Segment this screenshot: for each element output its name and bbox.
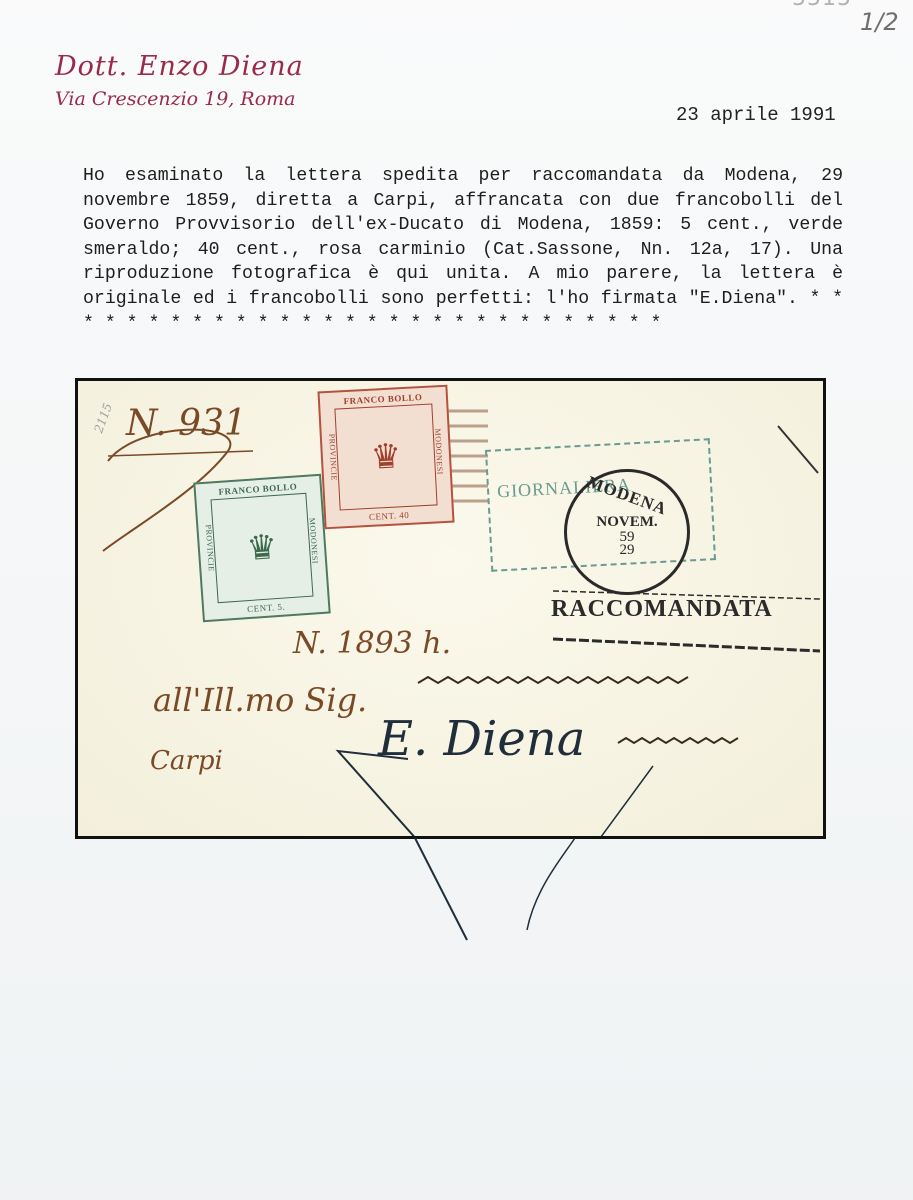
manuscript-number: N. 931 <box>126 403 247 444</box>
certificate-text: Ho esaminato la lettera spedita per racc… <box>83 164 843 336</box>
cover-photograph: 2115 N. 931 GIORNALIERA FRANCO BOLLO PRO… <box>75 378 826 839</box>
reference-number: 5515 <box>792 0 852 11</box>
certificate-date: 23 aprile 1991 <box>676 104 836 126</box>
expert-address: Via Crescenzio 19, Roma <box>55 84 304 114</box>
expert-signature: E. Diena <box>378 711 585 767</box>
expert-name: Dott. Enzo Diena <box>55 50 304 84</box>
stamp-5-cent: FRANCO BOLLO PROVINCIE MODONESI ♛ CENT. … <box>193 474 330 623</box>
addressee: all'Ill.mo Sig. <box>153 681 367 719</box>
page-fraction: 1/2 <box>860 8 899 36</box>
postmark-day: 29 <box>567 542 687 559</box>
registry-number: N. 1893 h. <box>293 626 451 661</box>
crest-icon: ♛ <box>245 527 278 569</box>
circular-datestamp: MODENA NOVEM. 59 29 <box>564 469 690 595</box>
letterhead: Dott. Enzo Diena Via Crescenzio 19, Roma <box>55 50 304 114</box>
stamp-40-cent: FRANCO BOLLO PROVINCIE MODONESI ♛ CENT. … <box>317 385 454 530</box>
destination: Carpi <box>150 746 223 776</box>
crest-icon: ♛ <box>370 436 403 478</box>
registered-handstamp: RACCOMANDATA <box>551 596 773 623</box>
